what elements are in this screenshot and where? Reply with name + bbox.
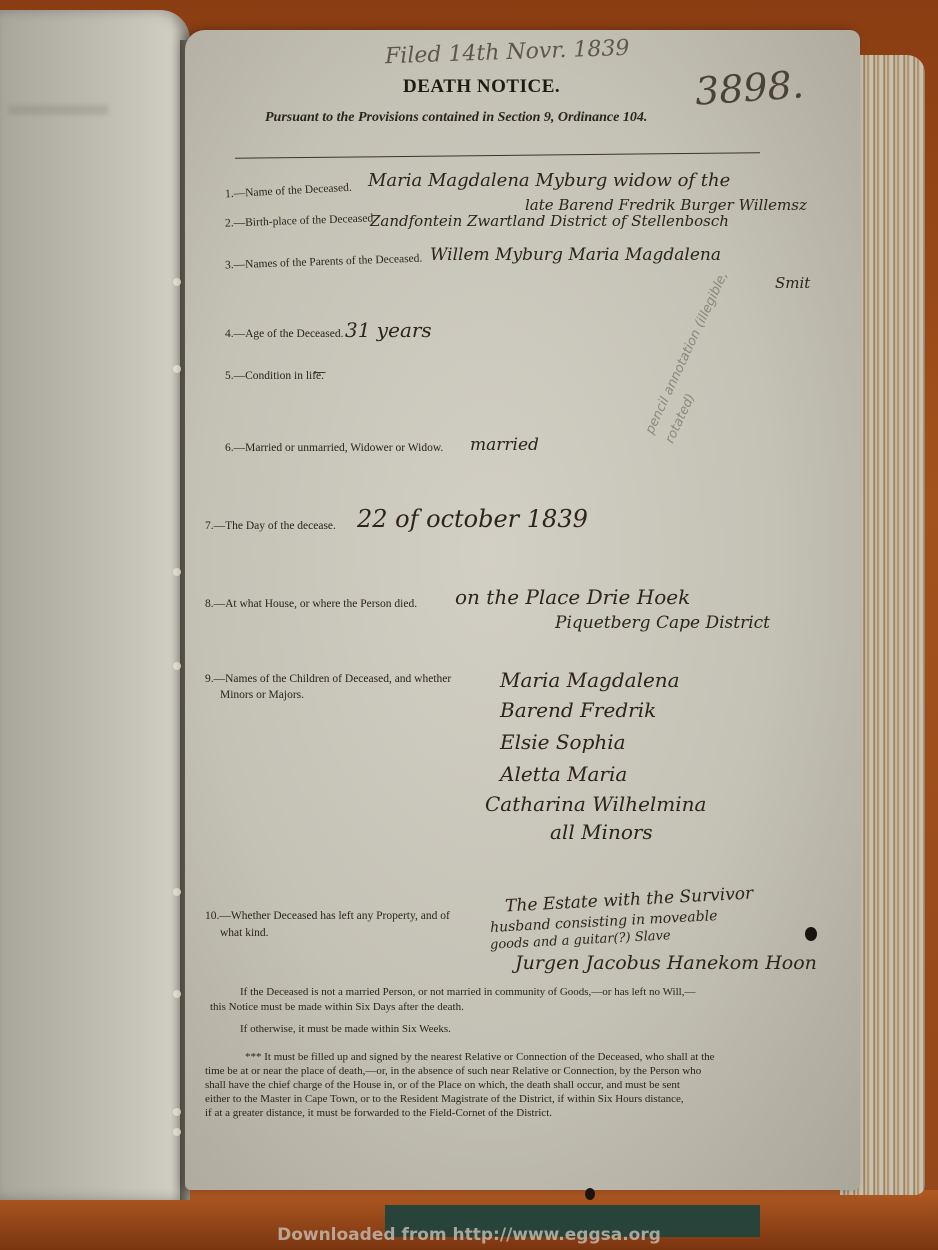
field-label-parents: 3.—Names of the Parents of the Deceased. (225, 253, 423, 272)
instruction-1b: this Notice must be made within Six Days… (210, 1000, 464, 1014)
watermark: Downloaded from http://www.eggsa.org (0, 1225, 938, 1245)
instruction-2: If otherwise, it must be made within Six… (240, 1022, 451, 1036)
field-value-date: 22 of october 1839 (357, 505, 588, 533)
field-label-children-2: Minors or Majors. (220, 689, 304, 701)
field-label-date: 7.—The Day of the decease. (205, 520, 336, 532)
child-3: Elsie Sophia (500, 730, 626, 754)
child-4: Aletta Maria (500, 762, 627, 786)
instruction-3b: time be at or near the place of death,—o… (205, 1064, 701, 1078)
punch-hole (585, 1188, 595, 1200)
pencil-margin-note: pencil annotation (illegible, rotated) (640, 257, 760, 448)
field-value-birthplace: Zandfontein Zwartland District of Stelle… (370, 212, 729, 230)
field-label-children-1: 9.—Names of the Children of Deceased, an… (205, 673, 451, 685)
field-label-age: 4.—Age of the Deceased. (225, 328, 343, 340)
field-label-marital: 6.—Married or unmarried, Widower or Wido… (225, 442, 443, 454)
left-page (0, 10, 190, 1200)
field-label-property-2: what kind. (220, 927, 269, 939)
child-2: Barend Fredrik (500, 698, 656, 722)
field-value-parents-1: Willem Myburg Maria Magdalena (430, 245, 721, 265)
instruction-3c: shall have the chief charge of the House… (205, 1078, 680, 1092)
instruction-3a: *** It must be filled up and signed by t… (245, 1050, 715, 1064)
ink-blot (805, 927, 817, 941)
field-value-name-1: Maria Magdalena Myburg widow of the (368, 170, 730, 191)
field-label-condition: 5.—Condition in life. (225, 370, 324, 382)
children-status: all Minors (550, 820, 653, 844)
field-value-age: 31 years (345, 318, 432, 342)
death-notice-page: Filed 14th Novr. 1839 DEATH NOTICE. 3898… (185, 30, 860, 1190)
field-label-property-1: 10.—Whether Deceased has left any Proper… (205, 910, 450, 922)
field-label-place-of-death: 8.—At what House, or where the Person di… (205, 598, 417, 610)
field-value-marital: married (470, 435, 539, 455)
instruction-1a: If the Deceased is not a married Person,… (240, 985, 695, 999)
field-value-condition: — (313, 365, 326, 380)
field-label-name: 1.—Name of the Deceased. (225, 182, 352, 201)
page-title: DEATH NOTICE. (403, 76, 560, 98)
instruction-3e: if at a greater distance, it must be for… (205, 1106, 552, 1120)
filed-date-note: Filed 14th Novr. 1839 (385, 36, 630, 70)
bleed-through-text (8, 105, 108, 115)
field-value-place-1: on the Place Drie Hoek (455, 585, 690, 609)
field-value-place-2: Piquetberg Cape District (555, 613, 770, 633)
instruction-3d: either to the Master in Cape Town, or to… (205, 1092, 684, 1106)
informant-signature: Jurgen Jacobus Hanekom Hoon (515, 952, 817, 974)
field-value-parents-2: Smit (775, 274, 810, 292)
child-1: Maria Magdalena (500, 668, 680, 692)
subtitle: Pursuant to the Provisions contained in … (265, 110, 647, 126)
field-label-birthplace: 2.—Birth-place of the Deceased. (225, 212, 376, 229)
child-5: Catharina Wilhelmina (485, 792, 706, 816)
reference-number: 3898. (694, 62, 806, 113)
divider (235, 152, 760, 158)
